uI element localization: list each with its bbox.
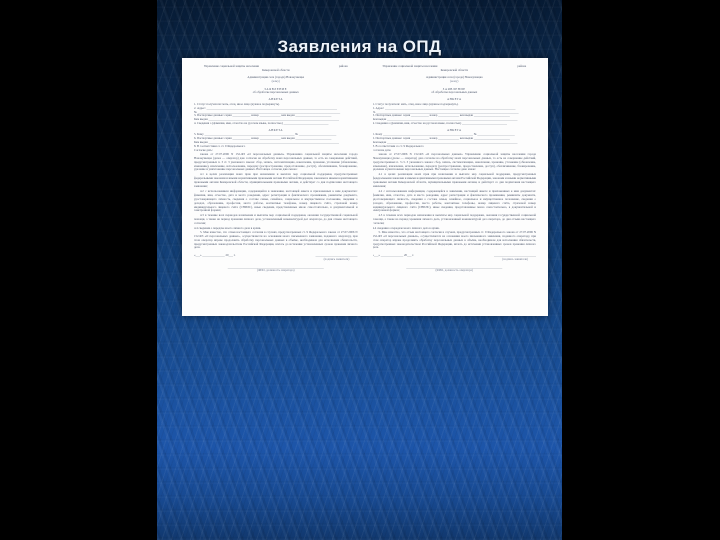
form-paragraph: 5. Мне известно, что отзыв настоящего со…	[194, 231, 358, 250]
form-signature-hint: (подпись заявителя)	[316, 258, 358, 262]
form-header-district: района	[339, 65, 348, 69]
form-header-line2: Кемеровской области	[382, 69, 526, 73]
opd-application-form-1: Управление социальной защиты населенияра…	[194, 64, 358, 308]
form-paragraph: 4.2 с использованием информации, содержа…	[194, 190, 358, 213]
form-paragraph: 4.1 в целях реализации моих прав при наз…	[373, 173, 537, 189]
form-header-line2: Кемеровской области	[204, 69, 348, 73]
opd-application-form-2: Управление социальной защиты населенияра…	[373, 64, 537, 308]
form-paragraph: закона от 27.07.2006 N 152-ФЗ «О персона…	[373, 153, 537, 172]
form-operator-block: ________________________________________…	[373, 266, 537, 274]
form-addressee-hint: (кому)	[373, 80, 537, 84]
form-header-line1: Управление социальной защиты населения	[204, 65, 259, 69]
form-line: 4. Сведения о (фамилия, имя, отчество на…	[194, 122, 358, 126]
form-footer: «___» _______________ 20___ г.__________…	[194, 254, 358, 262]
form-header-line1: Управление социальной защиты населения	[382, 65, 437, 69]
form-doc-subtitle: об обработке персональных данных	[194, 91, 358, 95]
form-section-heading: АНКЕТА	[194, 129, 358, 133]
black-margin-left	[0, 0, 157, 540]
slide-background-panel: Заявления на ОПД Управление социальной з…	[157, 0, 562, 540]
form-signature-block: ____________________________(подпись зая…	[316, 254, 358, 262]
black-margin-right	[562, 0, 720, 540]
form-date-line: «___» _______________ 20___ г.	[373, 254, 414, 258]
form-section-heading: АНКЕТА	[373, 129, 537, 133]
document-sheet: Управление социальной защиты населенияра…	[182, 58, 548, 316]
form-operator-block: ________________________________________…	[194, 266, 358, 274]
form-doc-subtitle: об обработке персональных данных	[373, 91, 537, 95]
form-footer: «___» _______________ 20___ г.__________…	[373, 254, 537, 262]
form-header: Управление социальной защиты населенияра…	[382, 65, 526, 73]
form-paragraph: 5. Мне известно, что отзыв настоящего со…	[373, 231, 537, 250]
form-signature-hint: (подпись заявителя)	[494, 258, 536, 262]
form-operator-hint: (ФИО, должность оператора)	[373, 269, 537, 273]
slide-canvas: Заявления на ОПД Управление социальной з…	[0, 0, 720, 540]
form-section-heading: АНКЕТА	[373, 98, 537, 102]
form-header-district: района	[517, 65, 526, 69]
form-header: Управление социальной защиты населенияра…	[204, 65, 348, 73]
form-paragraph: 4.3 в течение всех периодов назначения и…	[194, 214, 358, 226]
form-addressee-hint: (кому)	[194, 80, 358, 84]
slide-title: Заявления на ОПД	[157, 37, 562, 57]
form-date-line: «___» _______________ 20___ г.	[194, 254, 235, 258]
form-paragraph: 4.1 в целях реализации моих прав при наз…	[194, 173, 358, 189]
form-paragraph: 4.3 в течение всех периодов назначения и…	[373, 214, 537, 226]
form-signature-block: ____________________________(подпись зая…	[494, 254, 536, 262]
form-paragraph: 4.2 с использованием информации, содержа…	[373, 190, 537, 213]
form-operator-hint: (ФИО, должность оператора)	[194, 269, 358, 273]
form-section-heading: АНКЕТА	[194, 98, 358, 102]
form-paragraph: закона от 27.07.2006 N 152-ФЗ «О персона…	[194, 153, 358, 172]
form-line: 4. Сведения о (фамилия, имя, отчество на…	[373, 122, 537, 126]
